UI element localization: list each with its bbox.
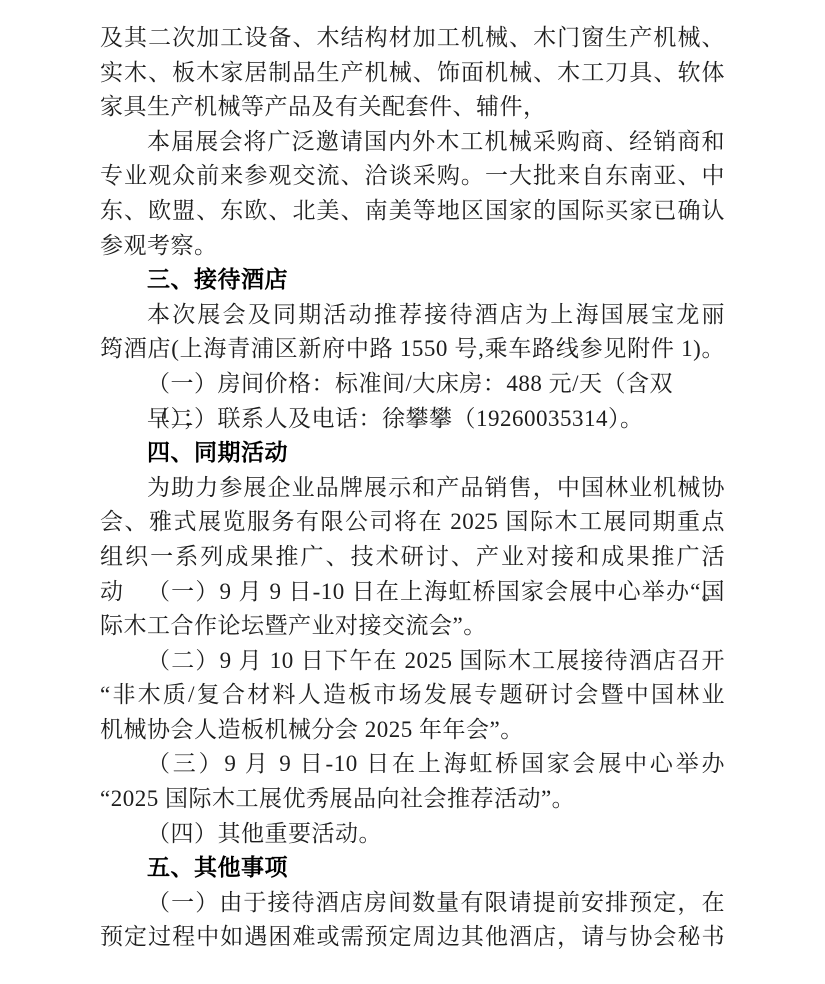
text-line: “非木质/复合材料人造板市场发展专题研讨会暨中国林业 [100,678,725,713]
text-line: 际木工合作论坛暨产业对接交流会”。 [100,609,725,644]
text-line-room-price: （一）房间价格：标准间/大床房：488 元/天（含双早）； [100,367,725,402]
text-line: “2025 国际木工展优秀展品向社会推荐活动”。 [100,782,725,817]
text-line: 家具生产机械等产品及有关配套件、辅件， [100,90,725,125]
heading-other-matters: 五、其他事项 [100,851,725,886]
text-line: 专业观众前来参观交流、洽谈采购。一大批来自东南亚、中 [100,159,725,194]
document-page: 及其二次加工设备、木结构材加工机械、木门窗生产机械、 实木、板木家居制品生产机械… [0,0,825,984]
text-line: （二）9 月 10 日下午在 2025 国际木工展接待酒店召开 [100,644,725,679]
text-line: 机械协会人造板机械分会 2025 年年会”。 [100,713,725,748]
text-line: 东、欧盟、东欧、北美、南美等地区国家的国际买家已确认 [100,194,725,229]
text-line: 本届展会将广泛邀请国内外木工机械采购商、经销商和 [100,125,725,160]
text-line: 组织一系列成果推广、技术研讨、产业对接和成果推广活动。 [100,540,725,575]
text-line: （四）其他重要活动。 [100,817,725,852]
text-line: （一）由于接待酒店房间数量有限请提前安排预定，在 [100,886,725,921]
heading-reception-hotel: 三、接待酒店 [100,263,725,298]
text-line: 及其二次加工设备、木结构材加工机械、木门窗生产机械、 [100,21,725,56]
text-line: 预定过程中如遇困难或需预定周边其他酒店，请与协会秘书 [100,920,725,955]
text-line: （三）9 月 9 日-10 日在上海虹桥国家会展中心举办 [100,747,725,782]
text-line: 筠酒店(上海青浦区新府中路 1550 号,乘车路线参见附件 1)。 [100,332,725,367]
text-line: 实木、板木家居制品生产机械、饰面机械、木工刀具、软体 [100,56,725,91]
heading-concurrent-activities: 四、同期活动 [100,436,725,471]
text-line: 会、雅式展览服务有限公司将在 2025 国际木工展同期重点 [100,505,725,540]
text-line: 为助力参展企业品牌展示和产品销售，中国林业机械协 [100,471,725,506]
document-body: 及其二次加工设备、木结构材加工机械、木门窗生产机械、 实木、板木家居制品生产机械… [100,21,725,955]
text-line: （一）9 月 9 日-10 日在上海虹桥国家会展中心举办“国 [100,575,725,610]
text-line: 参观考察。 [100,229,725,264]
text-line: 本次展会及同期活动推荐接待酒店为上海国展宝龙丽 [100,298,725,333]
text-line-contact-phone: （二）联系人及电话：徐攀攀（19260035314）。 [100,402,725,437]
